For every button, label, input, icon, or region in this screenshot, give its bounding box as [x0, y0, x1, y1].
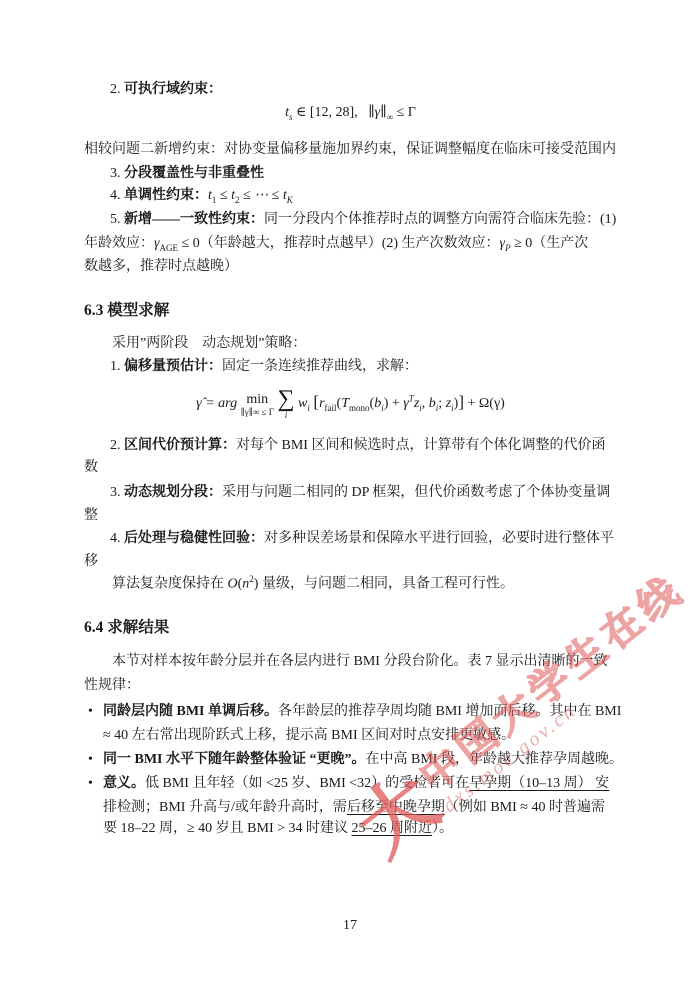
para-complexity: 算法复杂度保持在 O(n2) 量级，与问题二相同，具备工程可行性。: [112, 570, 514, 594]
step-3-overflow: 整: [84, 506, 98, 525]
step-1-offset-preestimate: 1. 偏移量预估计：固定一条连续推荐曲线，求解：: [110, 357, 418, 376]
page-number: 17: [0, 918, 700, 934]
bullet-implication-line-3: 要 18–22 周，≥ 40 岁且 BMI > 34 时建议 25–26 周附近…: [103, 819, 453, 838]
step-3-dp-segmentation: 3. 动态规划分段：采用与问题二相同的 DP 框架，但代价函数考虑了个体协变量调: [110, 483, 610, 502]
step-2-overflow: 数: [84, 458, 98, 477]
step-4-postprocess: 4. 后处理与稳健性回验：对多种误差场景和保障水平进行回验，必要时进行整体平: [110, 529, 614, 548]
step-2-interval-cost: 2. 区间代价预计算：对每个 BMI 区间和候选时点，计算带有个体化调整的代价函: [110, 436, 605, 455]
item-number: 5.: [110, 212, 124, 227]
min-operator: min∥γ∥∞ ≤ Γ: [241, 392, 274, 417]
item-label: 后处理与稳健性回验：: [124, 531, 264, 546]
bullet-label: 同龄层内随 BMI 单调后移。: [103, 704, 278, 719]
bullet-label: 同一 BMI 水平下随年龄整体验证 “更晚”。: [103, 752, 366, 767]
item-number: 3.: [110, 485, 124, 500]
equation-gamma-hat: γ̂ = arg min∥γ∥∞ ≤ Γ ∑i wi [rfail(Tmono(…: [84, 388, 617, 420]
section-heading-6-3: 6.3 模型求解: [84, 301, 169, 320]
bullet-implication-line-2: 排检测；BMI 升高与/或年龄升高时，需后移至中晚孕期（例如 BMI ≈ 40 …: [103, 798, 605, 817]
item-number: 4.: [110, 531, 124, 546]
underlined-week-range: 25–26 周附近: [352, 821, 433, 836]
item-label: 新增——一致性约束：: [124, 212, 264, 227]
step-4-overflow: 移: [84, 552, 98, 571]
paper-page: 2. 可执行域约束： ts ∈ [12, 28], ∥γ∥∞ ≤ Γ 相较问题二…: [0, 0, 700, 989]
underlined-later-window: 后移至中晚孕期: [347, 800, 445, 815]
underlined-early-window: 早孕期（10–13 周） 安: [469, 776, 609, 791]
item-number: 3.: [110, 166, 124, 181]
item-number: 1.: [110, 359, 124, 374]
bullet-label: 意义。: [103, 776, 145, 791]
item-number: 4.: [110, 188, 124, 203]
item-label: 动态规划分段：: [124, 485, 222, 500]
item-label: 单调性约束：: [124, 188, 208, 203]
section-heading-6-4: 6.4 求解结果: [84, 618, 169, 637]
bullet-older-later: •同一 BMI 水平下随年龄整体验证 “更晚”。在中高 BMI 段，年龄越大推荐…: [88, 750, 623, 769]
line-age-effect: 年龄效应：γAGE ≤ 0（年龄越大，推荐时点越早）(2) 生产次数效应：γP …: [84, 234, 588, 258]
bullet-icon: •: [88, 774, 103, 793]
item-number: 2.: [110, 438, 124, 453]
bullet-monotone-shift-line-2: ≈ 40 左右常出现阶跃式上移，提示高 BMI 区间对时点安排更敏感。: [103, 726, 515, 745]
list-item-5-consistency: 5. 新增——一致性约束：同一分段内个体推荐时点的调整方向需符合临床先验：(1): [110, 210, 616, 229]
item-number: 2.: [110, 82, 124, 97]
para-results-1: 本节对样本按年龄分层并在各层内进行 BMI 分段台阶化。表 7 显示出清晰的一致: [112, 652, 607, 671]
sum-operator: ∑i: [277, 388, 294, 420]
note-problem2-constraints: 相较问题二新增约束：对协变量偏移量施加界约束，保证调整幅度在临床可接受范围内: [84, 140, 616, 159]
bullet-icon: •: [88, 750, 103, 769]
para-strategy: 采用”两阶段 动态规划”策略：: [112, 334, 306, 353]
para-results-2: 性规律：: [84, 676, 140, 695]
item-label: 可执行域约束：: [124, 82, 222, 97]
bullet-implication-line-1: •意义。低 BMI 且年轻（如 <25 岁、BMI <32）的受检者可在早孕期（…: [88, 774, 609, 793]
item-label: 偏移量预估计：: [124, 359, 222, 374]
item-label: 分段覆盖性与非重叠性: [124, 166, 264, 181]
bullet-monotone-shift-line-1: •同龄层内随 BMI 单调后移。各年龄层的推荐孕周均随 BMI 增加而后移。其中…: [88, 702, 621, 721]
item-label: 区间代价预计算：: [124, 438, 236, 453]
list-item-3-coverage: 3. 分段覆盖性与非重叠性: [110, 164, 264, 183]
line-age-effect-cont: 数越多，推荐时点越晚）: [84, 257, 238, 276]
list-item-2-executable-domain: 2. 可执行域约束：: [110, 80, 222, 99]
list-item-4-monotonicity: 4. 单调性约束：t1 ≤ t2 ≤ ⋯ ≤ tK: [110, 186, 293, 210]
bullet-icon: •: [88, 702, 103, 721]
equation-domain-constraint: ts ∈ [12, 28], ∥γ∥∞ ≤ Γ: [84, 104, 617, 122]
